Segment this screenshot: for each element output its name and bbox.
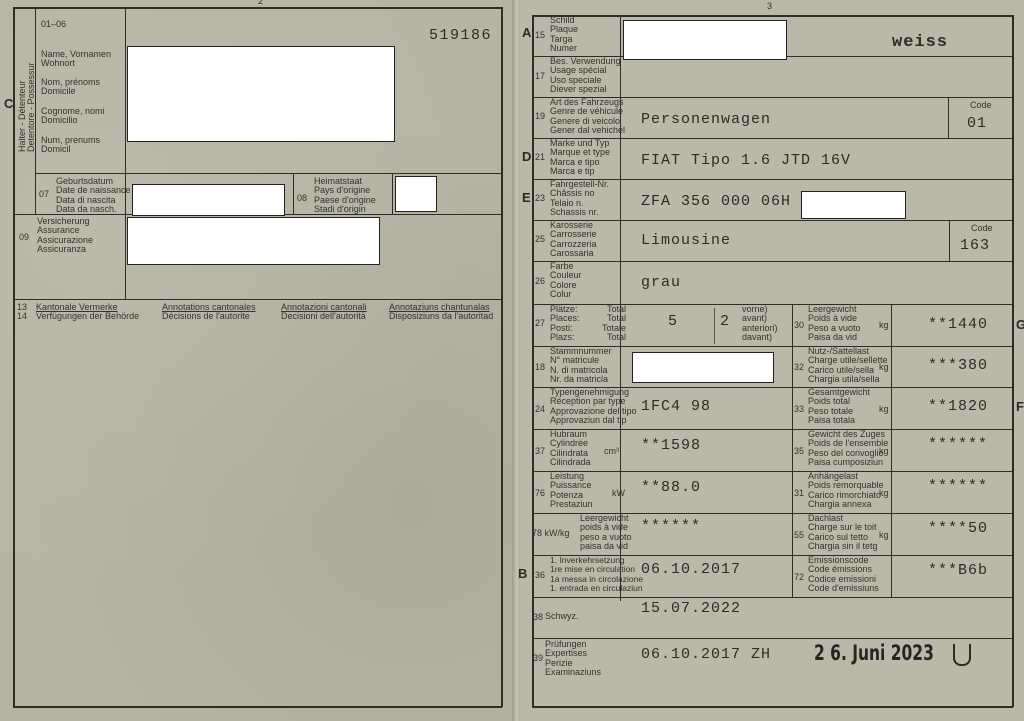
- birth-field-number: 07: [39, 189, 49, 199]
- field-23-number: 23: [535, 193, 545, 203]
- field-19-label: Art des Fahrzeugs Genre de véhicule Gene…: [550, 98, 625, 136]
- field-21-number: 21: [535, 152, 545, 162]
- side-marker-d: D: [522, 149, 531, 164]
- field-38-number: 38: [533, 612, 543, 622]
- field-19-number: 19: [535, 111, 545, 121]
- redacted-birth-date: [132, 184, 285, 216]
- field-76-label: Leistung Puissance Potenza Prestaziun: [550, 472, 593, 510]
- field-17-number: 17: [535, 71, 545, 81]
- field-32-unit: kg: [879, 362, 889, 372]
- field-23-label: Fahrgestell-Nr. Châssis no Telaio n. Sch…: [550, 180, 609, 218]
- field-35-label: Gewicht des Zuges Poids de l'ensemble Pe…: [808, 430, 888, 468]
- trailer-load-value: ******: [928, 478, 988, 495]
- empty-weight-value: **1440: [928, 316, 988, 333]
- side-marker-e: E: [522, 190, 531, 205]
- color-value: grau: [641, 274, 681, 291]
- section-range-label: 01–06: [41, 20, 66, 29]
- name-label-de: Name, Vornamen Wohnort: [41, 50, 111, 69]
- field-76-number: 76: [535, 488, 545, 498]
- annotations-row14-de: Verfügungen der Behörde: [36, 312, 139, 321]
- annotations-row14-fr: Décisions de l'autorite: [162, 312, 250, 321]
- field-27-total-label: Total Total Totale Total: [602, 305, 626, 343]
- name-label-it: Cognome, nomi Domicilio: [41, 107, 105, 126]
- make-model-value: FIAT Tipo 1.6 JTD 16V: [641, 152, 851, 169]
- vehicle-type-value: Personenwagen: [641, 111, 771, 128]
- field-31-unit: kg: [879, 488, 889, 498]
- canton-date-value: 15.07.2022: [641, 600, 741, 617]
- inspection-stamp-date: 2 6. Juni 2023: [814, 641, 934, 665]
- redacted-holder-name: [127, 46, 395, 142]
- body-type-code-label: Code: [971, 223, 993, 233]
- field-15-label: Schild Plaque Targa Numer: [550, 16, 578, 54]
- gross-weight-value: **1820: [928, 398, 988, 415]
- name-label-rm: Num, prenums Domicil: [41, 136, 100, 155]
- field-25-label: Karosserie Carrosserie Carrozzeria Caros…: [550, 221, 597, 259]
- seats-total-value: 5: [668, 313, 678, 330]
- type-approval-value: 1FC4 98: [641, 398, 711, 415]
- insurance-field-number: 09: [19, 232, 29, 242]
- serial-number: 519186: [429, 27, 492, 44]
- field-31-label: Anhängelast Poids remorquable Carico rim…: [808, 472, 884, 510]
- redacted-insurance: [127, 217, 380, 265]
- right-page: 3 A D E B G F 15 Schild Plaque Targa Num…: [520, 0, 1024, 721]
- plate-color-value: weiss: [892, 33, 948, 52]
- field-55-label: Dachlast Charge sur le toit Carico sul t…: [808, 514, 878, 552]
- field-26-label: Farbe Couleur Colore Colur: [550, 262, 582, 300]
- roof-load-value: ****50: [928, 520, 988, 537]
- field-78-number: 78 kW/kg: [532, 528, 570, 538]
- field-37-unit: cm³: [604, 446, 619, 456]
- insurance-label: Versicherung Assurance Assicurazione Ass…: [37, 217, 93, 255]
- field-32-number: 32: [794, 362, 804, 372]
- field-30-unit: kg: [879, 320, 889, 330]
- redacted-origin: [395, 176, 437, 212]
- holder-vertical-label-2: Detentore - Possessur: [27, 62, 36, 152]
- first-registration-value: 06.10.2017: [641, 561, 741, 578]
- origin-label: Heimatstaat Pays d'origine Paese d'origi…: [314, 177, 376, 215]
- field-55-unit: kg: [879, 530, 889, 540]
- power-value: **88.0: [641, 479, 701, 496]
- power-to-weight-value: ******: [641, 518, 701, 535]
- side-marker-g: G: [1016, 317, 1024, 332]
- seats-front-label: vorne) avant) anteriori) davant): [742, 305, 778, 343]
- field-36-number: 36: [535, 570, 545, 580]
- field-72-label: Emissionscode Code émissions Codice emis…: [808, 556, 879, 594]
- field-39-number: 39: [533, 653, 543, 663]
- vehicle-type-code: 01: [967, 115, 987, 132]
- field-31-number: 31: [794, 488, 804, 498]
- body-type-code: 163: [960, 237, 990, 254]
- field-18-label: Stammnummer N° matricule N. di matricola…: [550, 347, 612, 385]
- field-17-label: Bes. Verwendung Usage spécial Uso specia…: [550, 57, 621, 95]
- field-35-unit: kg: [879, 446, 889, 456]
- field-15-number: 15: [535, 30, 545, 40]
- train-weight-value: ******: [928, 436, 988, 453]
- field-24-label: Typengenehmigung Réception par type Appr…: [550, 388, 637, 426]
- displacement-value: **1598: [641, 437, 701, 454]
- name-label-fr: Nom, prénoms Domicile: [41, 78, 100, 97]
- vehicle-type-code-label: Code: [970, 100, 992, 110]
- field-18-number: 18: [535, 362, 545, 372]
- field-21-label: Marke und Typ Marque et type Marca e tip…: [550, 139, 610, 177]
- seats-front-value: 2: [720, 313, 730, 330]
- field-30-label: Leergewicht Poids à vide Peso a vuoto Pa…: [808, 305, 861, 343]
- field-27-number: 27: [535, 318, 545, 328]
- field-37-number: 37: [535, 446, 545, 456]
- field-72-number: 72: [794, 572, 804, 582]
- field-30-number: 30: [794, 320, 804, 330]
- redacted-master-number: [632, 352, 774, 383]
- field-24-number: 24: [535, 404, 545, 414]
- field-55-number: 55: [794, 530, 804, 540]
- field-33-label: Gesamtgewicht Poids total Peso totale Pa…: [808, 388, 870, 426]
- field-33-number: 33: [794, 404, 804, 414]
- field-78-label: Leergewicht poids à vide peso a vuoto pa…: [580, 514, 632, 552]
- field-33-unit: kg: [879, 404, 889, 414]
- field-32-label: Nutz-/Sattellast Charge utile/sellette C…: [808, 347, 888, 385]
- origin-field-number: 08: [297, 193, 307, 203]
- page-number-right: 3: [767, 1, 772, 11]
- side-marker-a: A: [522, 25, 531, 40]
- emission-code-value: ***B6b: [928, 562, 988, 579]
- annotations-row14-it: Decisioni dell'autorità: [281, 312, 366, 321]
- field-38-label: Schwyz.: [545, 612, 579, 621]
- field-25-number: 25: [535, 234, 545, 244]
- field-39-label: Prüfungen Expertises Perizie Examinaziun…: [545, 640, 601, 678]
- annotations-row14-number: 14: [17, 311, 27, 321]
- field-26-number: 26: [535, 276, 545, 286]
- side-marker-b: B: [518, 566, 527, 581]
- side-marker-c: C: [4, 96, 13, 111]
- canton-shield-icon: [953, 644, 971, 666]
- left-page: 2 C Halter - Détenteur Detentore - Posse…: [0, 0, 515, 721]
- field-37-label: Hubraum Cylindrée Cilindrata Cilindrada: [550, 430, 591, 468]
- redacted-plate-number: [623, 20, 787, 60]
- page-number-left: 2: [258, 0, 263, 6]
- field-27-label: Plätze: Places: Posti: Plazs:: [550, 305, 580, 343]
- field-35-number: 35: [794, 446, 804, 456]
- inspection-value: 06.10.2017 ZH: [641, 646, 771, 663]
- field-76-unit: kW: [612, 488, 625, 498]
- payload-value: ***380: [928, 357, 988, 374]
- chassis-number-value: ZFA 356 000 06H: [641, 193, 791, 210]
- side-marker-f: F: [1016, 399, 1024, 414]
- redacted-chassis-suffix: [801, 191, 906, 219]
- body-type-value: Limousine: [641, 232, 731, 249]
- field-36-label: 1. Inverkehrsetzung 1re mise en circulat…: [550, 556, 643, 594]
- annotations-row14-rm: Disposiziuns da l'autoritad: [389, 312, 493, 321]
- birth-label: Geburtsdatum Date de naissance Data di n…: [56, 177, 131, 215]
